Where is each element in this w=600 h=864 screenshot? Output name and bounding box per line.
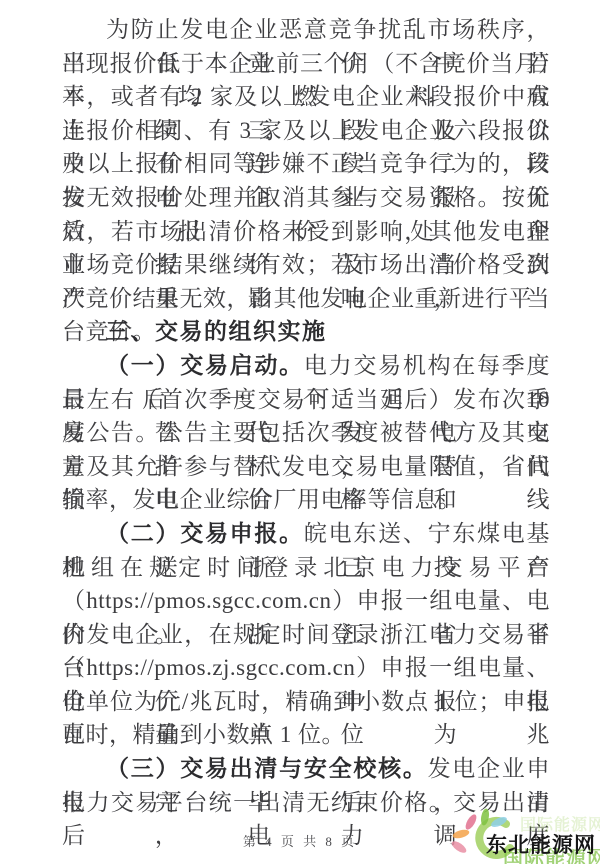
text-line: 价单位为元/兆瓦时，精确到小数点 1 位；申报电量单位为兆 bbox=[62, 685, 550, 719]
text-block: 为防止发电企业恶意竞争扰乱市场秩序，平台竞价中若 出现报价低于本企业前三个月（不… bbox=[62, 13, 550, 819]
text-line: （https://pmos.zj.sgcc.com.cn）申报一组电量、电价。申… bbox=[62, 651, 550, 685]
text-line: 后，若市场出清价格未受到影响，其他发电企业报价及当次 bbox=[62, 215, 550, 249]
text-line: 日左右（首次季度交易可适当延后）发布次季度替代发电交 bbox=[62, 383, 550, 417]
text-line: （一）交易启动。电力交易机构在每季度最后一个月 10 bbox=[62, 349, 550, 383]
line-text: 瓦时，精确到小数点 1 位。 bbox=[62, 722, 345, 747]
text-line: 机组在规定时间登录北京电力交易平台 bbox=[62, 551, 550, 585]
section-heading: 三、交易的组织实施 bbox=[62, 315, 550, 349]
text-line: 本，或者有 2 家及以上发电企业六段报价中有连续三段及以 bbox=[62, 80, 550, 114]
watermark: 国际能源网 国际能源网 东北能源网 bbox=[448, 802, 600, 864]
text-line: （三）交易出清与安全校核。发电企业申报完毕后，由 bbox=[62, 752, 550, 786]
document-page: 为防止发电企业恶意竞争扰乱市场秩序，平台竞价中若 出现报价低于本企业前三个月（不… bbox=[0, 0, 600, 864]
text-line: 上报价相同、有 3 家及以上发电企业六段报价中有连续二段 bbox=[62, 114, 550, 148]
text-line: （https://pmos.sgcc.com.cn）申报一组电量、电价。浙江省省 bbox=[62, 584, 550, 618]
text-line: 易公告。公告主要包括次季度被替代方及其电量指标，替代 bbox=[62, 416, 550, 450]
line-bold-text: （一）交易启动。 bbox=[106, 353, 304, 378]
text-line: （二）交易申报。皖电东送、宁东煤电基地送浙已投产 bbox=[62, 517, 550, 551]
line-bold-text: （二）交易申报。 bbox=[106, 521, 304, 546]
line-bold-text: （三）交易出清与安全校核。 bbox=[106, 756, 428, 781]
line-bold-text: 三、交易的组织实施 bbox=[106, 319, 327, 344]
watermark-title: 东北能源网 bbox=[486, 829, 596, 859]
text-line: 为防止发电企业恶意竞争扰乱市场秩序，平台竞价中若 bbox=[62, 13, 550, 47]
text-line: 按无效报价处理并取消其参与交易资格。按无效报价处理 bbox=[62, 181, 550, 215]
text-line: 次竞价结果无效，由其他发电企业重新进行平台竞价。 bbox=[62, 282, 550, 316]
text-line: 及以上报价相同等涉嫌不正当竞争行为的，该发电企业报价 bbox=[62, 147, 550, 181]
line-text: 损率，发电企业综合厂用电率等信息。 bbox=[62, 487, 462, 512]
line-text: 机组在规定时间登录北京电力交易平台 bbox=[62, 555, 550, 580]
text-line: 出现报价低于本企业前三个月（不含竞价当月）平均燃料成 bbox=[62, 47, 550, 81]
text-line: 内发电企业，在规定时间登录浙江电力交易平台 bbox=[62, 618, 550, 652]
text-line: 市场竞价结果继续有效；若市场出清价格受到严重影响，当 bbox=[62, 248, 550, 282]
text-line: 方及其允许参与替代发电交易电量限值，省间输电价格和线 bbox=[62, 450, 550, 484]
